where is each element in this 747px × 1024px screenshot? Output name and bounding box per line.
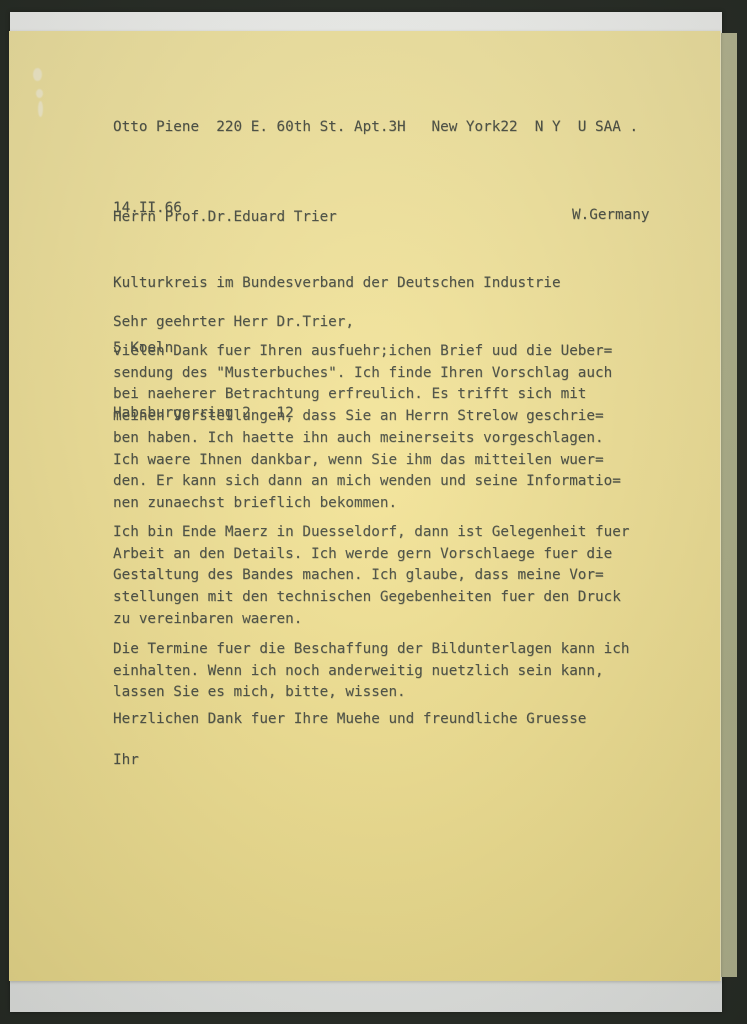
letter-line: bei naeherer Betrachtung erfreulich. Es … [113,384,621,406]
body-paragraph-1: vielen Dank fuer Ihren ausfuehr;ichen Br… [113,341,621,515]
letter-line: zu vereinbaren waeren. [113,609,629,631]
letter-line: einhalten. Wenn ich noch anderweitig nue… [113,661,629,683]
country-note: W.Germany [572,205,649,227]
letter-line: Ich waere Ihnen dankbar, wenn Sie ihm da… [113,450,621,472]
letter-line: lassen Sie es mich, bitte, wissen. [113,682,629,704]
salutation: Sehr geehrter Herr Dr.Trier, [113,312,354,334]
signature-line: Ihr [113,750,139,772]
paper-scratch-mark [36,89,43,98]
closing-line: Herzlichen Dank fuer Ihre Muehe und freu… [113,709,586,731]
scanned-letter: Otto Piene 220 E. 60th St. Apt.3H New Yo… [0,0,747,1024]
letter-line: vielen Dank fuer Ihren ausfuehr;ichen Br… [113,341,621,363]
letter-line: stellungen mit den technischen Gegebenhe… [113,587,629,609]
address-line: Kulturkreis im Bundesverband der Deutsch… [113,273,747,295]
letter-line: meinen Vorstellungen, dass Sie an Herrn … [113,406,621,428]
paper-scratch-mark [38,101,43,117]
letter-line: Die Termine fuer die Beschaffung der Bil… [113,639,629,661]
address-line: Herrn Prof.Dr.Eduard Trier [113,207,747,229]
paper-scratch-mark [33,68,42,81]
letter-line: nen zunaechst brieflich bekommen. [113,493,621,515]
letter-paper: Otto Piene 220 E. 60th St. Apt.3H New Yo… [9,31,721,981]
letter-line: Ich bin Ende Maerz in Duesseldorf, dann … [113,522,629,544]
letter-line: Gestaltung des Bandes machen. Ich glaube… [113,565,629,587]
body-paragraph-3: Die Termine fuer die Beschaffung der Bil… [113,639,629,704]
letter-line: ben haben. Ich haette ihn auch meinersei… [113,428,621,450]
letter-line: sendung des "Musterbuches". Ich finde Ih… [113,363,621,385]
letter-line: Arbeit an den Details. Ich werde gern Vo… [113,544,629,566]
body-paragraph-2: Ich bin Ende Maerz in Duesseldorf, dann … [113,522,629,631]
letter-line: den. Er kann sich dann an mich wenden un… [113,471,621,493]
sender-line: Otto Piene 220 E. 60th St. Apt.3H New Yo… [113,114,638,141]
